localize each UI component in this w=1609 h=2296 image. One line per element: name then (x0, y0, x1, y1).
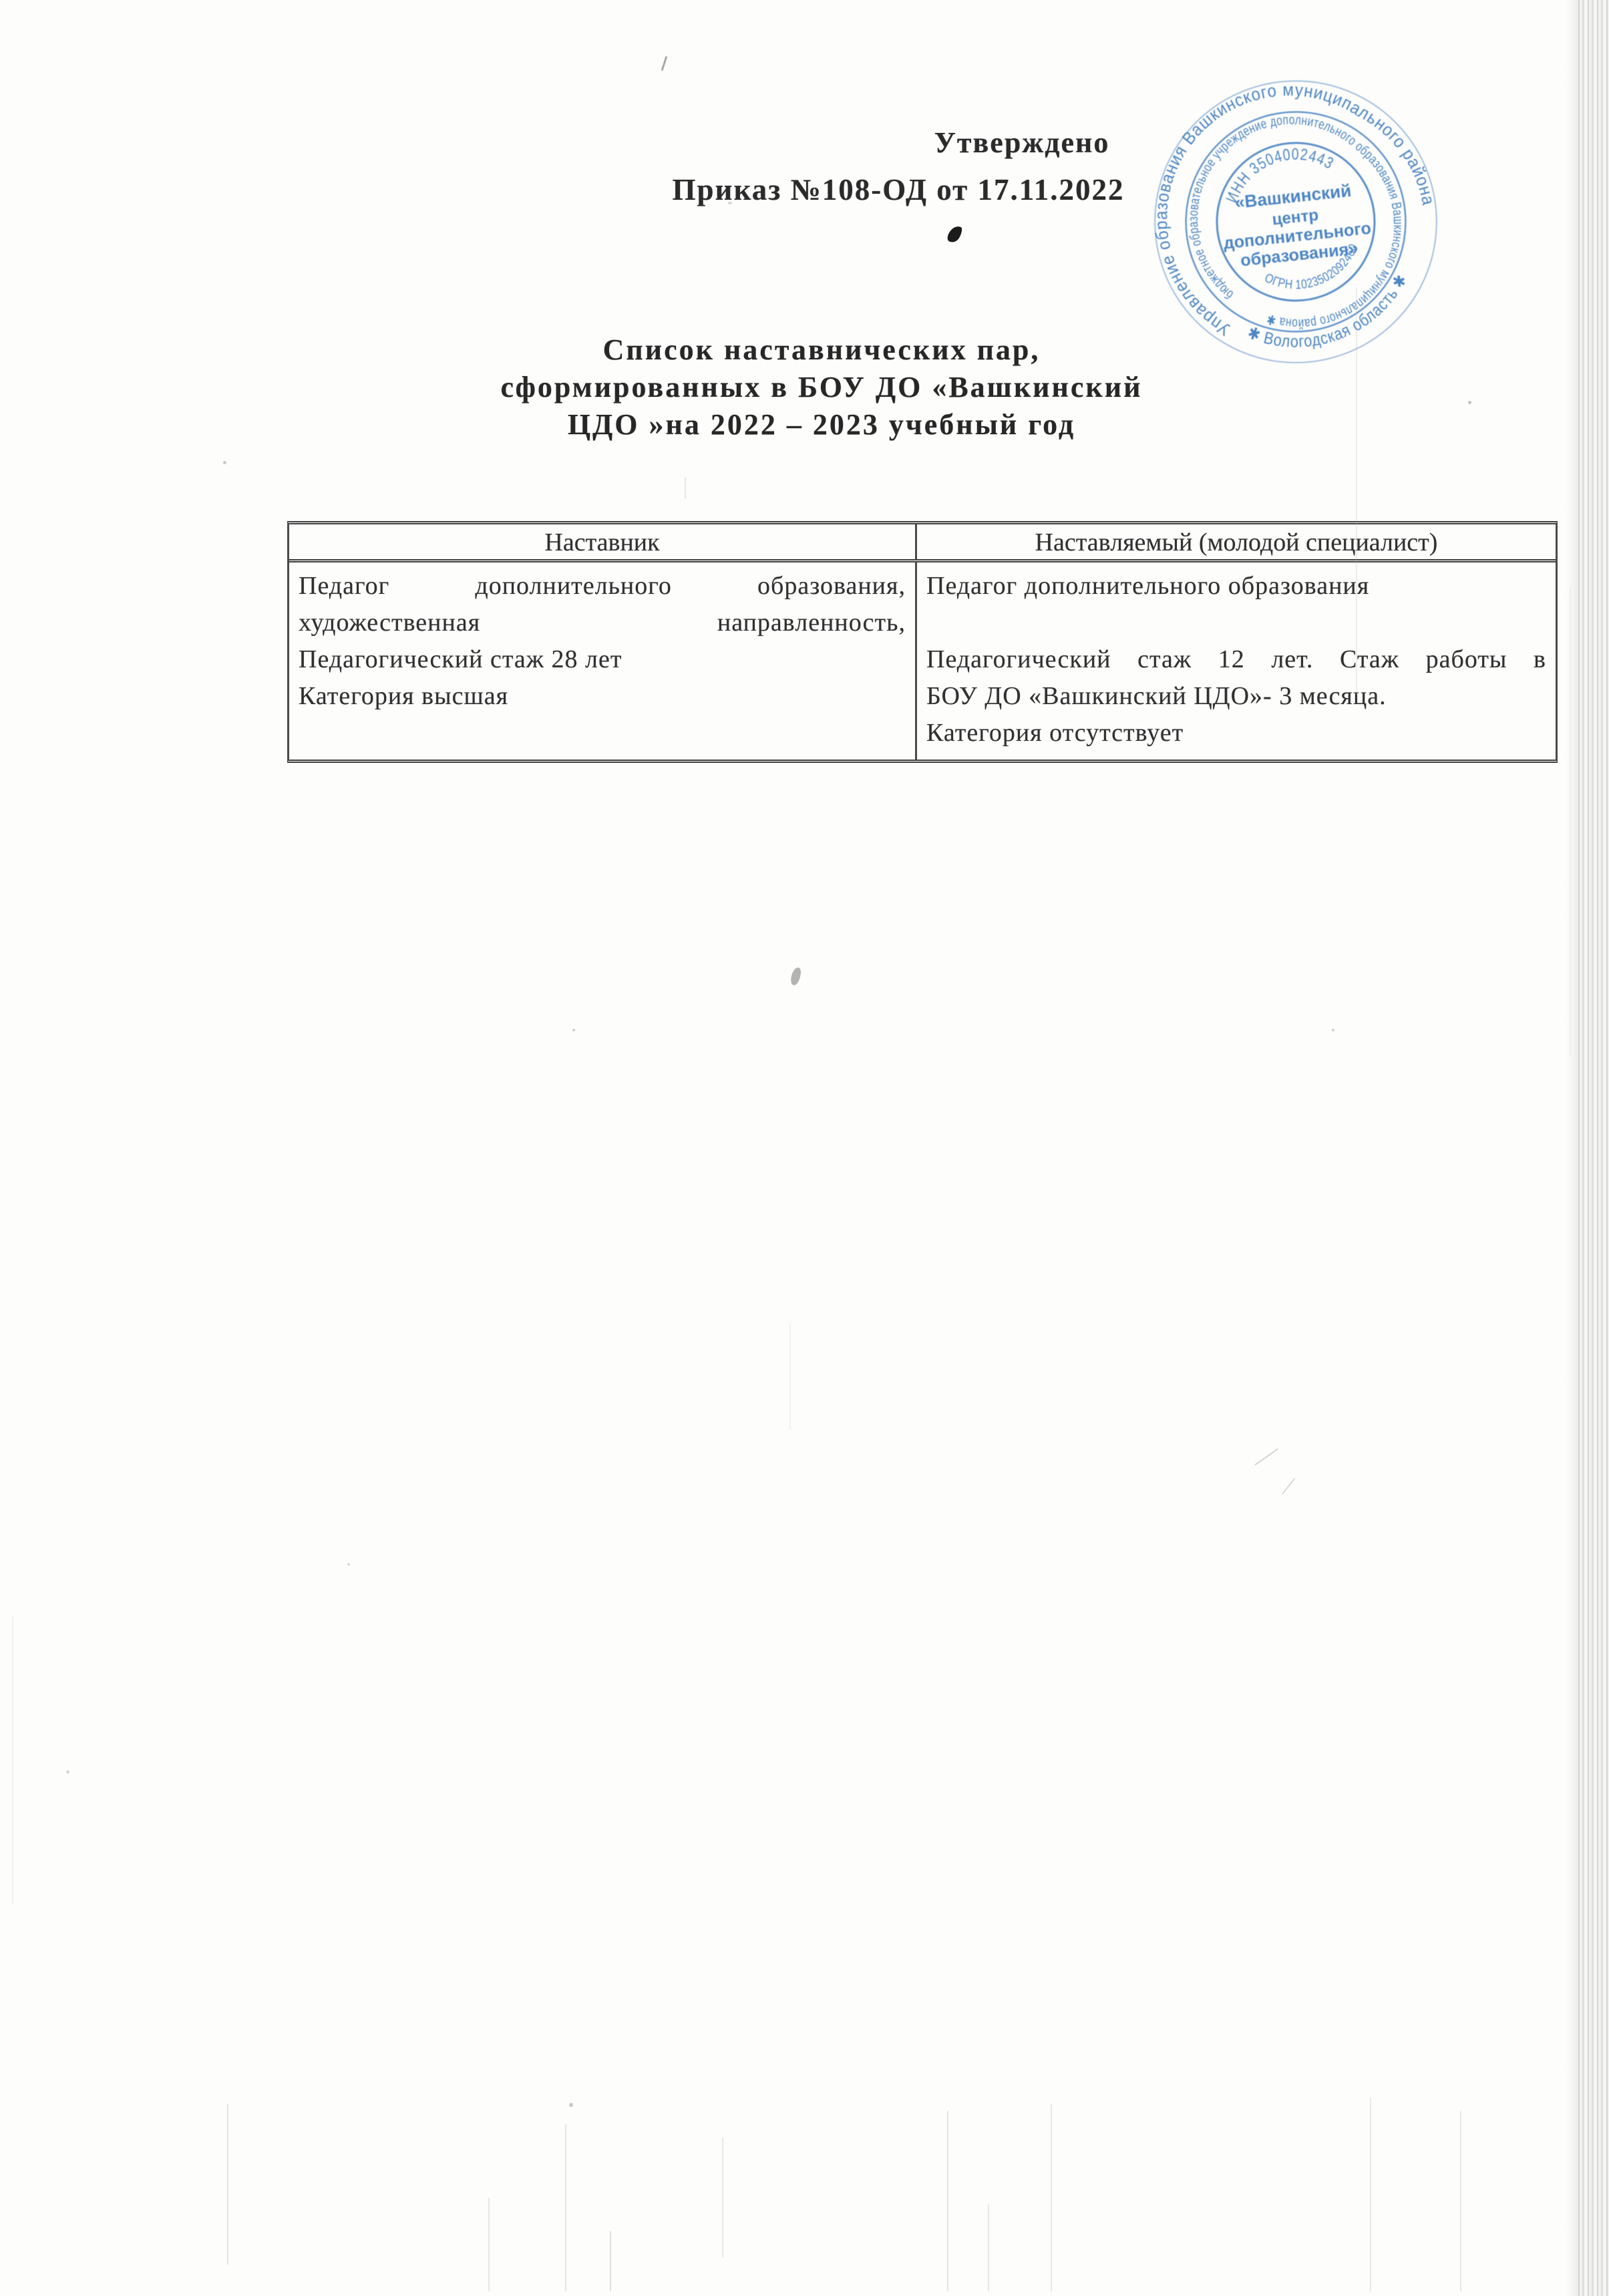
mentor-cell: Педагог дополнительного образования, худ… (289, 562, 917, 760)
mentee-blank-line (926, 605, 1546, 641)
official-stamp: Управление образования Вашкинского муниц… (1137, 63, 1454, 380)
scanned-document-page: Утверждено Приказ №108-ОД от 17.11.2022 … (0, 0, 1609, 2296)
mentee-cell: Педагог дополнительного образования Педа… (917, 562, 1556, 760)
mentor-text-line: художественная направленность, (299, 605, 906, 641)
scan-artifact (227, 2104, 228, 2265)
table-header-row: Наставник Наставляемый (молодой специали… (289, 524, 1556, 562)
scan-artifact (1468, 401, 1471, 404)
approval-label: Утверждено (922, 126, 1122, 160)
column-header-mentee: Наставляемый (молодой специалист) (917, 524, 1556, 559)
scan-artifact (685, 477, 686, 499)
scan-artifact (1460, 2111, 1461, 2291)
scan-artifact (728, 202, 732, 204)
pen-mark (946, 224, 964, 245)
mentorship-pairs-table: Наставник Наставляемый (молодой специали… (287, 521, 1558, 763)
table-body-row: Педагог дополнительного образования, худ… (289, 562, 1556, 760)
mentee-text-line: БОУ ДО «Вашкинский ЦДО»- 3 месяца. (926, 678, 1546, 715)
mentor-text-line: Категория высшая (299, 678, 906, 715)
mentor-text-line: Педагог дополнительного образования, (299, 568, 906, 605)
document-title-line3: ЦДО »на 2022 – 2023 учебный год (461, 406, 1182, 444)
scan-artifact (12, 1617, 13, 1904)
scan-artifact (1282, 1478, 1295, 1495)
scan-artifact (947, 2111, 948, 2291)
scan-artifact (610, 2231, 611, 2291)
document-title-line2: сформированных в БОУ ДО «Вашкинский (461, 369, 1182, 406)
scan-artifact (722, 2138, 723, 2258)
scan-artifact (1370, 2098, 1371, 2291)
scan-artifact (789, 967, 801, 986)
stamp-center-line1: «Вашкинский (1234, 180, 1352, 212)
scan-artifact (572, 1029, 575, 1031)
scanner-edge-band (1578, 0, 1609, 2296)
document-title: Список наставнических пар, сформированны… (461, 331, 1182, 444)
scan-artifact (661, 56, 668, 71)
order-reference: Приказ №108-ОД от 17.11.2022 (635, 172, 1162, 207)
mentor-text-line: Педагогический стаж 28 лет (299, 641, 906, 678)
stamp-center-text: «Вашкинский центр дополнительного образо… (1218, 178, 1374, 271)
scan-artifact (488, 2198, 490, 2291)
scan-artifact (223, 461, 226, 464)
scan-artifact (1332, 1029, 1334, 1031)
mentee-text-line: Категория отсутствует (926, 715, 1546, 752)
scan-artifact (988, 2204, 989, 2291)
column-header-mentor: Наставник (289, 524, 917, 559)
document-title-line1: Список наставнических пар, (461, 331, 1182, 369)
mentee-text-line: Педагогический стаж 12 лет. Стаж работы … (926, 641, 1546, 678)
scan-artifact (347, 1563, 350, 1566)
scan-artifact (565, 2124, 566, 2291)
scan-artifact (1254, 1448, 1278, 1466)
stamp-artwork: Управление образования Вашкинского муниц… (1137, 63, 1454, 380)
scan-artifact (569, 2103, 573, 2107)
scan-artifact (1356, 287, 1357, 695)
scan-artifact (1051, 2104, 1052, 2291)
scan-artifact (789, 1323, 791, 1430)
scan-artifact (66, 1770, 69, 1774)
mentee-text-line: Педагог дополнительного образования (926, 568, 1546, 605)
